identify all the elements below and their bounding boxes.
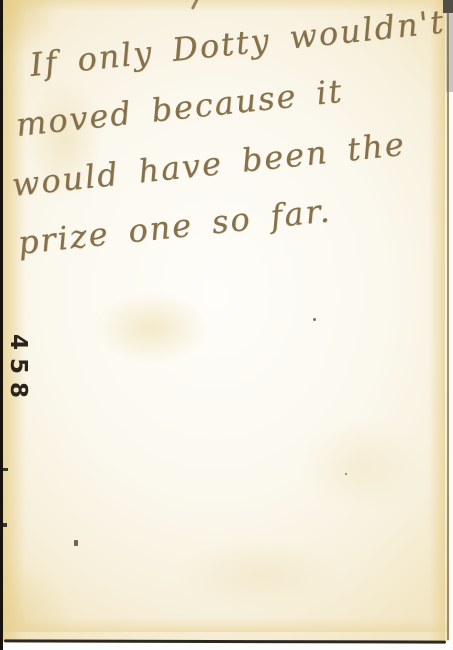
- aging-blotch: [178, 538, 343, 610]
- aging-blotch: [298, 418, 423, 513]
- paper-speck: [74, 540, 78, 546]
- scanned-photo-back: If only Dotty wouldn't moved because it …: [0, 0, 453, 650]
- cut-off-pen-stroke: [191, 0, 200, 10]
- aging-blotch: [95, 292, 210, 364]
- paper-speck: [313, 318, 316, 321]
- paper-edge-bottom-tint: [0, 618, 449, 632]
- handwriting-line: If only Dotty wouldn't: [28, 2, 447, 83]
- scan-background-right: [449, 0, 453, 650]
- paper-speck: [345, 473, 347, 475]
- photo-paper: If only Dotty wouldn't moved because it …: [0, 0, 449, 641]
- scan-border-left: [0, 0, 3, 650]
- scan-border-bottom: [4, 639, 446, 643]
- paper-edge-line-right: [447, 12, 449, 640]
- paper-edge-right-tint: [429, 0, 445, 641]
- paper-corner-tint-bottom-left: [0, 552, 70, 632]
- handwriting-line: moved because it: [14, 72, 345, 144]
- paper-edge-left-tint: [0, 0, 26, 641]
- handwriting-line: prize one so far.: [16, 191, 333, 262]
- archive-number: 458: [5, 333, 31, 407]
